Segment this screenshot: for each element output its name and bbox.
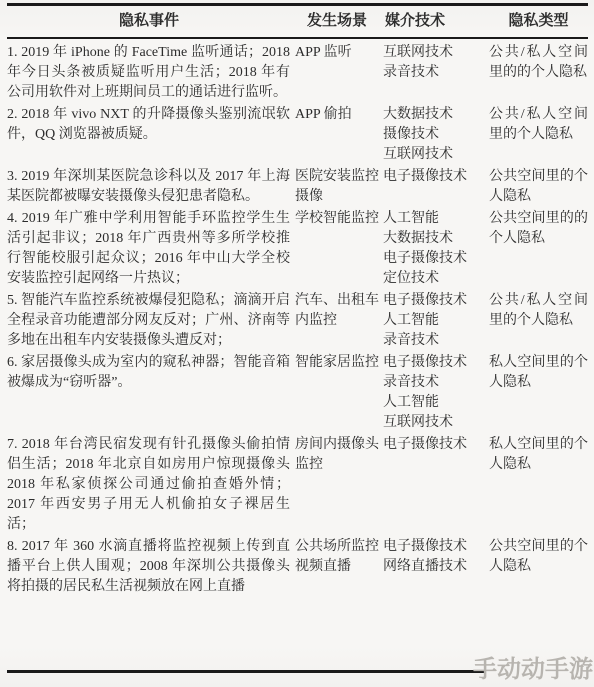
column-header-type: 隐私类型 [489,11,588,31]
tech-cell: 电子摄像技术 [383,167,485,207]
type-cell: 公共空间里的个人隐私 [489,537,588,597]
table-bottom-border [7,670,484,673]
table-row: 4. 2019 年广雅中学利用智能手环监控学生生活引起非议；2018 年广西贵州… [7,209,588,289]
event-cell: 1. 2019 年 iPhone 的 FaceTime 监听通话；2018 年今… [7,43,291,103]
scene-cell: 医院安装监控摄像 [295,167,379,207]
type-cell: 公共空间里的的个人隐私 [489,209,588,289]
scene-cell: 智能家居监控 [295,353,379,433]
watermark: 手动动手游 [473,649,593,684]
privacy-events-table: 隐私事件 发生场景 媒介技术 隐私类型 1. 2019 年 iPhone 的 F… [7,3,588,599]
tech-cell: 互联网技术 录音技术 [383,43,485,103]
tech-cell: 电子摄像技术 录音技术 人工智能 互联网技术 [383,353,485,433]
column-header-event: 隐私事件 [7,11,291,31]
event-cell: 5. 智能汽车监控系统被爆侵犯隐私；滴滴开启全程录音功能遭部分网友反对；广州、济… [7,291,291,351]
scene-cell: 公共场所监控视频直播 [295,537,379,597]
event-cell: 2. 2018 年 vivo NXT 的升降摄像头鉴别流氓软件，QQ 浏览器被质… [7,105,291,165]
type-cell: 公共空间里的个人隐私 [489,167,588,207]
type-cell: 公共/私人空间里的的个人隐私 [489,43,588,103]
tech-cell: 电子摄像技术 人工智能 录音技术 [383,291,485,351]
scene-cell: APP 监听 [295,43,379,103]
type-cell: 私人空间里的个人隐私 [489,353,588,433]
event-cell: 3. 2019 年深圳某医院急诊科以及 2017 年上海某医院都被曝安装摄像头侵… [7,167,291,207]
tech-cell: 电子摄像技术 [383,435,485,535]
tech-cell: 人工智能 大数据技术 电子摄像技术 定位技术 [383,209,485,289]
event-cell: 6. 家居摄像头成为室内的窥私神器；智能音箱被爆成为“窃听器”。 [7,353,291,433]
event-cell: 4. 2019 年广雅中学利用智能手环监控学生生活引起非议；2018 年广西贵州… [7,209,291,289]
table-row: 8. 2017 年 360 水滴直播将监控视频上传到直播平台上供人围观；2008… [7,537,588,597]
table-row: 1. 2019 年 iPhone 的 FaceTime 监听通话；2018 年今… [7,43,588,103]
table-body: 1. 2019 年 iPhone 的 FaceTime 监听通话；2018 年今… [7,39,588,597]
event-cell: 8. 2017 年 360 水滴直播将监控视频上传到直播平台上供人围观；2008… [7,537,291,597]
table-row: 6. 家居摄像头成为室内的窥私神器；智能音箱被爆成为“窃听器”。 智能家居监控 … [7,353,588,433]
scene-cell: 学校智能监控 [295,209,379,289]
table-row: 3. 2019 年深圳某医院急诊科以及 2017 年上海某医院都被曝安装摄像头侵… [7,167,588,207]
table-header-row: 隐私事件 发生场景 媒介技术 隐私类型 [7,3,588,39]
column-header-scene: 发生场景 [295,11,379,31]
tech-cell: 电子摄像技术 网络直播技术 [383,537,485,597]
event-cell: 7. 2018 年台湾民宿发现有针孔摄像头偷拍情侣生活；2018 年北京自如房用… [7,435,291,535]
type-cell: 公共/私人空间里的个人隐私 [489,105,588,165]
scene-cell: 汽车、出租车内监控 [295,291,379,351]
column-header-tech: 媒介技术 [383,11,485,31]
table-row: 2. 2018 年 vivo NXT 的升降摄像头鉴别流氓软件，QQ 浏览器被质… [7,105,588,165]
scene-cell: 房间内摄像头监控 [295,435,379,535]
table-row: 5. 智能汽车监控系统被爆侵犯隐私；滴滴开启全程录音功能遭部分网友反对；广州、济… [7,291,588,351]
tech-cell: 大数据技术 摄像技术 互联网技术 [383,105,485,165]
type-cell: 公共/私人空间里的个人隐私 [489,291,588,351]
scene-cell: APP 偷拍 [295,105,379,165]
type-cell: 私人空间里的个人隐私 [489,435,588,535]
table-row: 7. 2018 年台湾民宿发现有针孔摄像头偷拍情侣生活；2018 年北京自如房用… [7,435,588,535]
document-page: 隐私事件 发生场景 媒介技术 隐私类型 1. 2019 年 iPhone 的 F… [0,0,594,687]
